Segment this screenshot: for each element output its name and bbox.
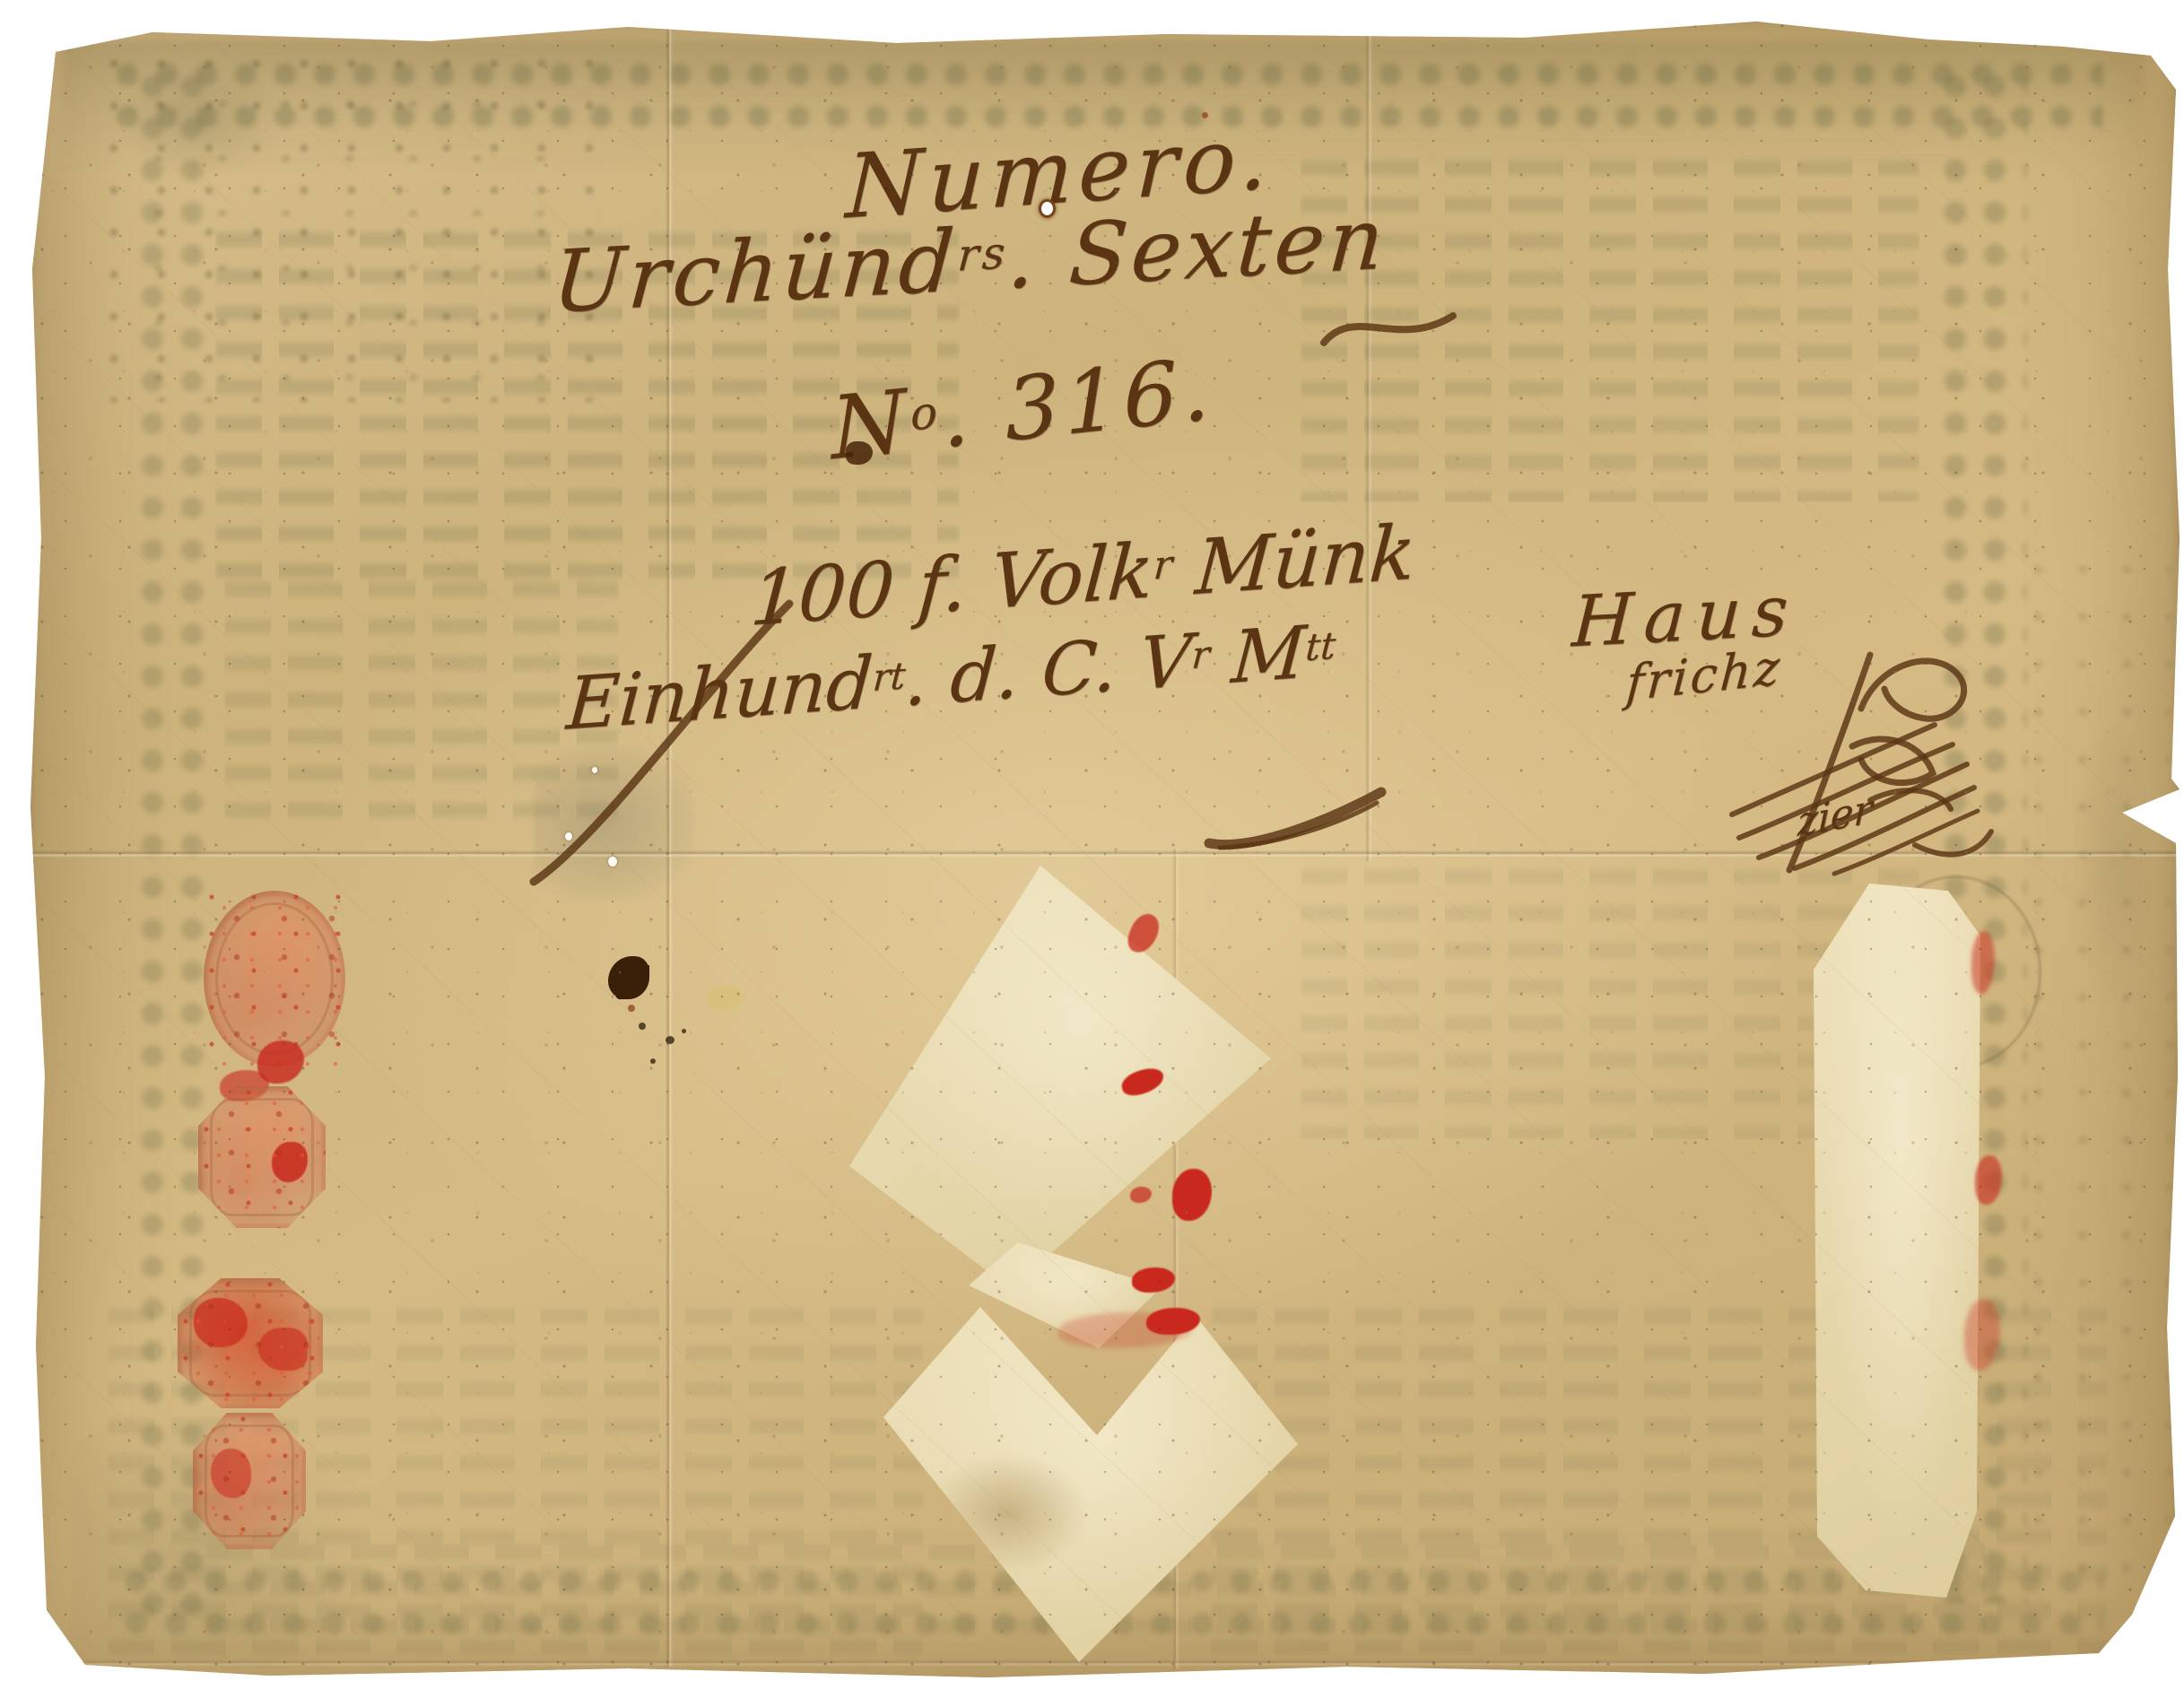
paper-loss-fleck [592,767,597,773]
ink-speck [666,1036,674,1044]
wax-residue [1132,1267,1175,1293]
seal-wax-blob [258,1328,308,1371]
value2-superscript-3: tt [1304,623,1337,669]
value2-word-3: M [1206,610,1309,701]
repair-patch-center-square [849,866,1298,1289]
rust-spot [1202,112,1208,118]
serial-prefix: N [830,370,912,480]
seal-wax-blob [272,1142,308,1182]
serial-superscript: o [909,386,943,441]
translucent-wax-drop [707,985,743,1010]
seal-wax-blob [211,1449,251,1498]
ink-speck [639,1023,646,1030]
paper-loss-fleck [565,832,572,840]
wax-dust [1058,1312,1193,1348]
paper-loss-fleck [608,857,617,867]
scanned-document: Numero. Urchündrs. Sexten No. 316. 100 f… [0,0,2184,1707]
value1-word-2: Münk [1169,508,1418,614]
series-superscript: rs [956,226,1011,281]
rust-spot [628,1005,635,1012]
wax-seal-4 [193,1413,306,1549]
repair-patch-right-strip [1814,884,1984,1601]
wax-seal-1 [204,891,345,1067]
paper-sheet: Numero. Urchündrs. Sexten No. 316. 100 f… [27,16,2180,1689]
wax-seal-2 [198,1086,326,1228]
pen-flourish-underline [1202,776,1390,857]
pen-flourish-sexten-swash [1318,296,1462,359]
paper-hole [1039,199,1056,218]
seal-wax-blob [194,1298,248,1347]
value2-superscript: rt [871,653,907,700]
series-word-2: . Sexten [1005,189,1390,309]
wax-residue [1130,1187,1152,1203]
wax-residue [1172,1169,1212,1221]
ink-blot [608,956,649,999]
ink-speck [650,1058,656,1064]
value2-word-2: . d. C. V [902,618,1195,722]
fold-crease-horizontal-bottom [54,1659,2135,1667]
ink-speck [682,1029,686,1033]
serial-value: . 316. [940,338,1215,467]
wax-seal-3 [178,1278,323,1408]
